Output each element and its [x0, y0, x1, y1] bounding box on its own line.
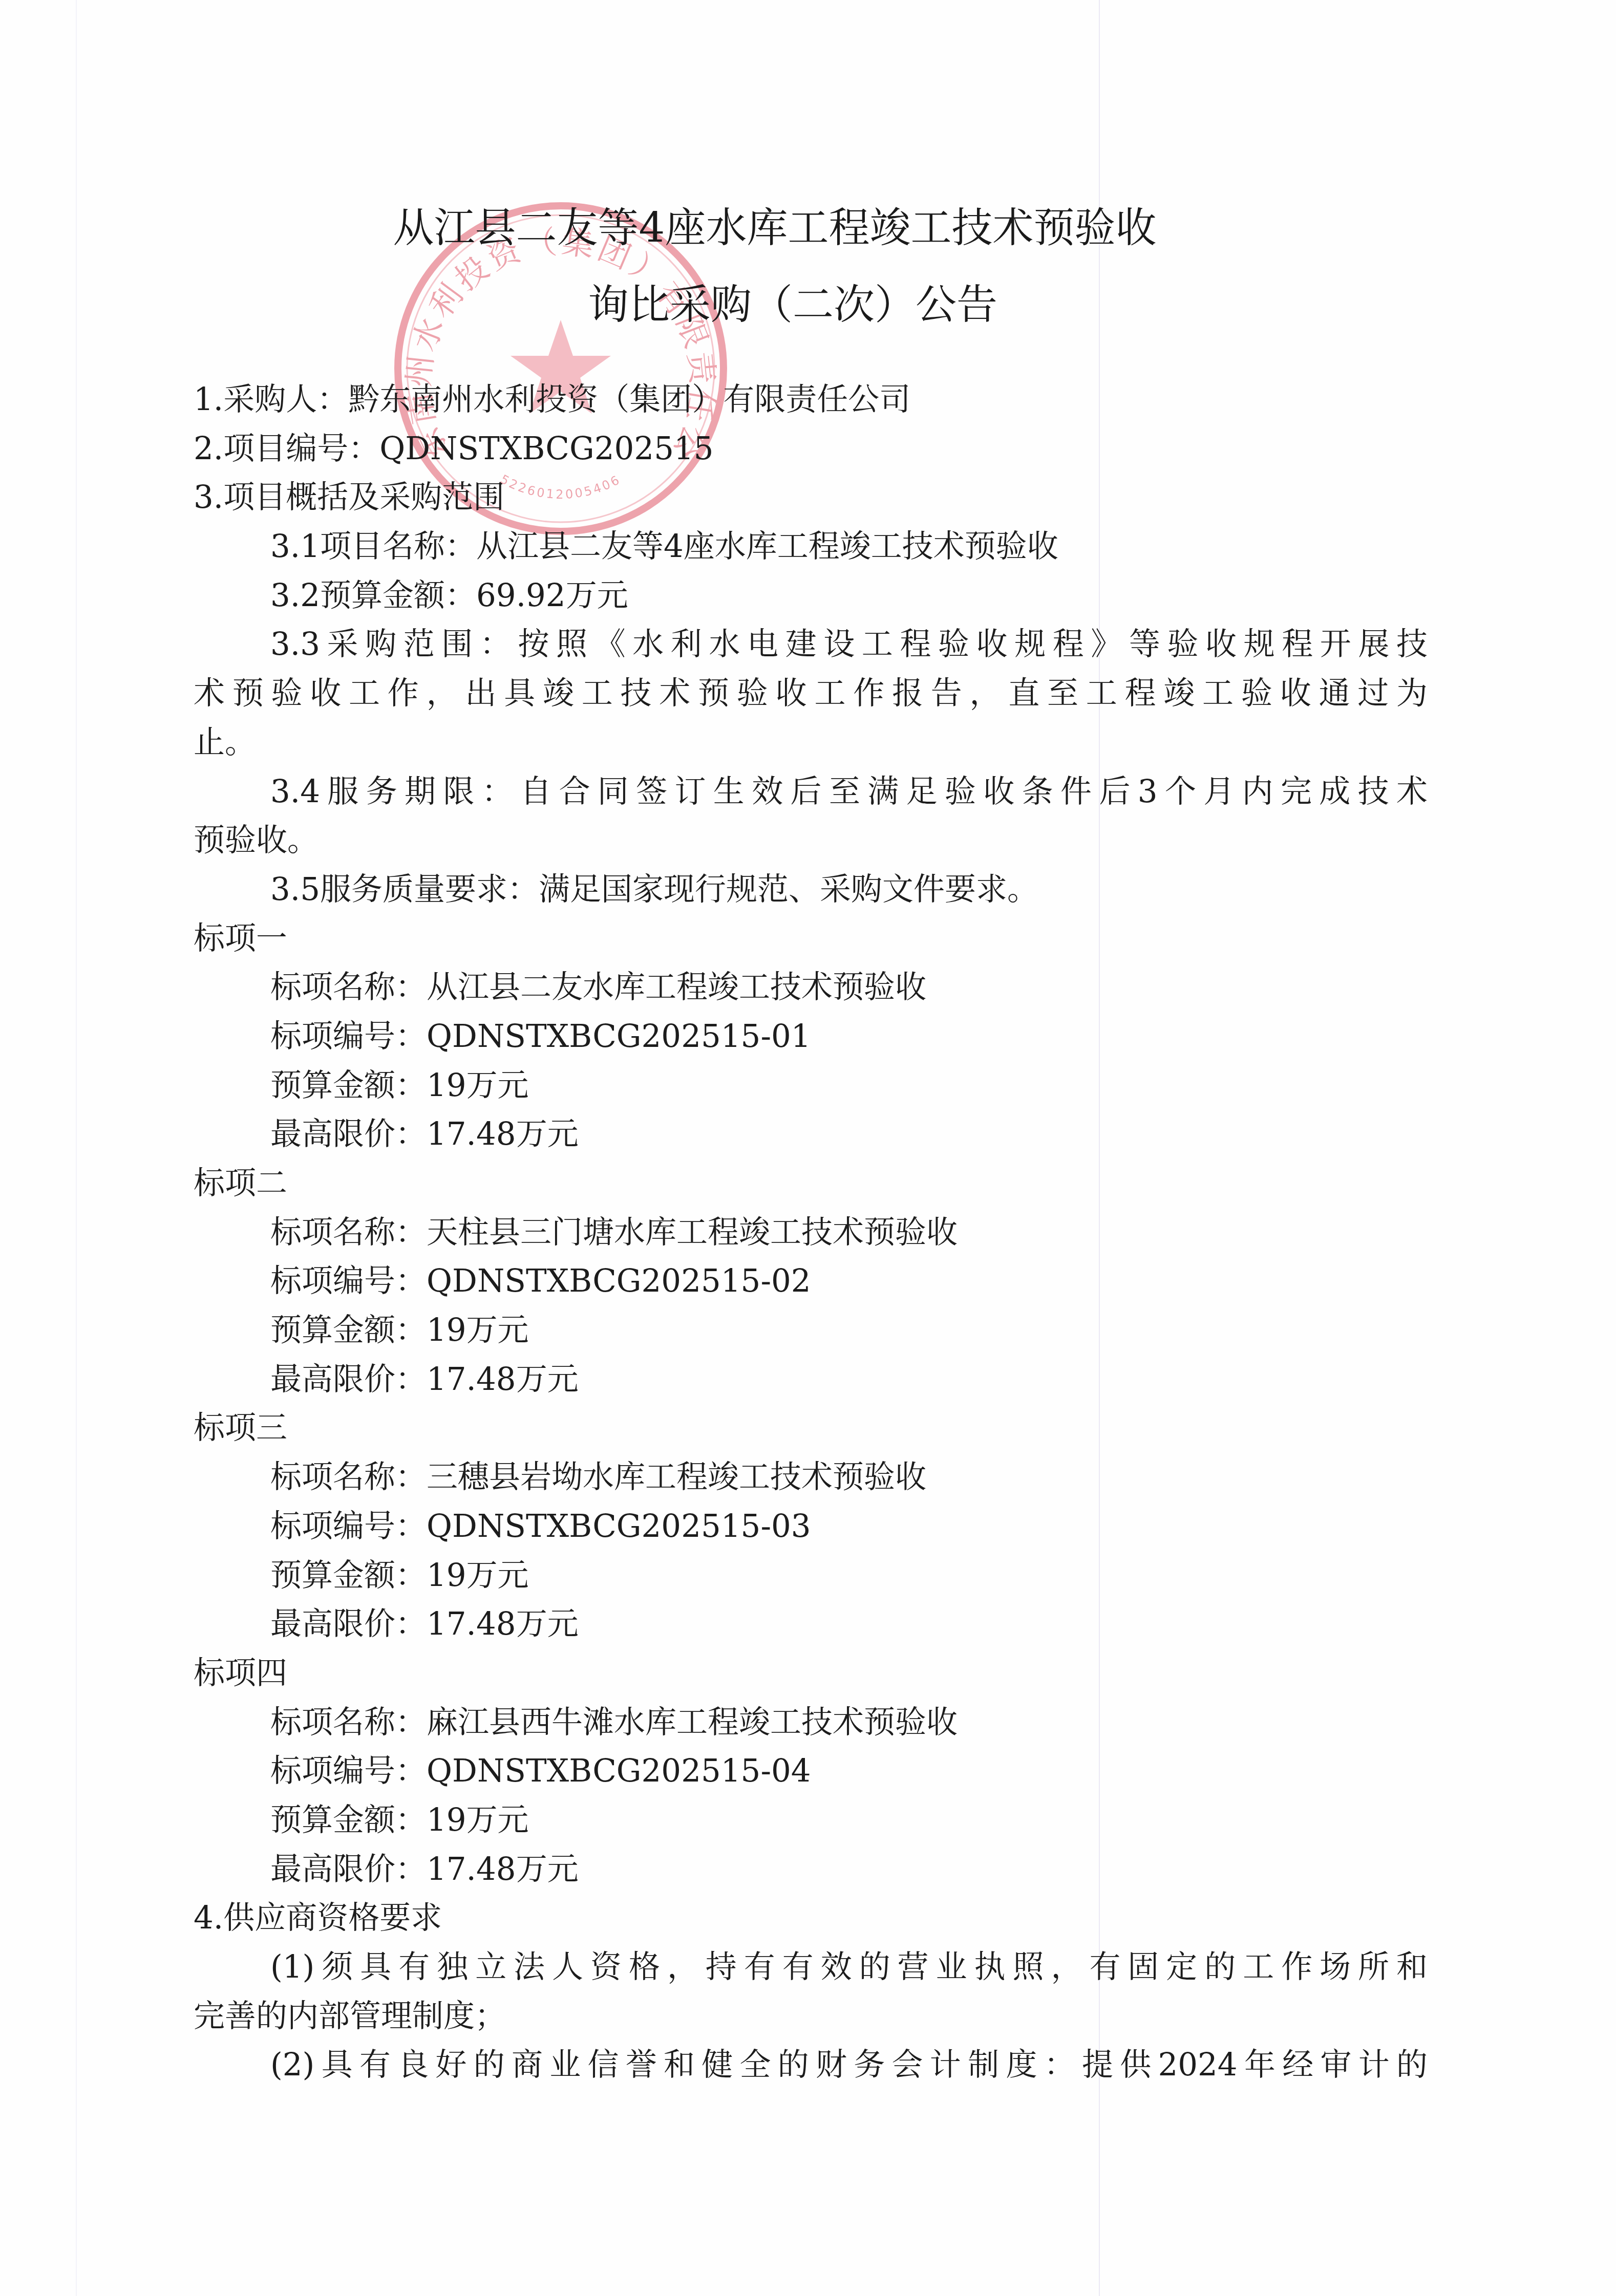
- section-heading-qualifications: 4.供应商资格要求: [194, 1894, 1428, 1943]
- lot-code-2: 标项编号：QDNSTXBCG202515-02: [194, 1257, 1428, 1306]
- section-budget: 3.2预算金额：69.92万元: [194, 571, 1428, 620]
- document-title-line2: 询比采购（二次）公告: [0, 279, 1601, 330]
- section-project-code: 2.项目编号：QDNSTXBCG202515: [194, 424, 1428, 474]
- lot-max-price-2: 最高限价：17.48万元: [194, 1355, 1428, 1404]
- section-project-name: 3.1项目名称：从江县二友等4座水库工程竣工技术预验收: [194, 522, 1428, 571]
- lot-budget-4: 预算金额：19万元: [194, 1796, 1428, 1845]
- section-quality: 3.5服务质量要求：满足国家现行规范、采购文件要求。: [194, 865, 1428, 914]
- lot-max-price-1: 最高限价：17.48万元: [194, 1110, 1428, 1159]
- lot-name-1: 标项名称：从江县二友水库工程竣工技术预验收: [194, 963, 1428, 1012]
- qualification-1-line2: 完善的内部管理制度；: [194, 1992, 1428, 2041]
- lot-name-3: 标项名称：三穗县岩坳水库工程竣工技术预验收: [194, 1453, 1428, 1502]
- document-title-line1: 从江县二友等4座水库工程竣工技术预验收: [0, 202, 1583, 253]
- lot-heading-4: 标项四: [194, 1649, 1428, 1698]
- lot-heading-2: 标项二: [194, 1159, 1428, 1208]
- lot-code-4: 标项编号：QDNSTXBCG202515-04: [194, 1747, 1428, 1796]
- lot-heading-3: 标项三: [194, 1404, 1428, 1453]
- lot-budget-3: 预算金额：19万元: [194, 1551, 1428, 1600]
- lot-budget-1: 预算金额：19万元: [194, 1061, 1428, 1110]
- lot-budget-2: 预算金额：19万元: [194, 1306, 1428, 1355]
- document-body: 1.采购人：黔东南州水利投资（集团）有限责任公司 2.项目编号：QDNSTXBC…: [194, 375, 1428, 2090]
- qualification-1-line1: (1)须具有独立法人资格，持有有效的营业执照，有固定的工作场所和: [194, 1943, 1428, 1992]
- lot-code-1: 标项编号：QDNSTXBCG202515-01: [194, 1012, 1428, 1061]
- section-scope-line1: 3.3采购范围：按照《水利水电建设工程验收规程》等验收规程开展技: [194, 620, 1428, 669]
- lot-max-price-4: 最高限价：17.48万元: [194, 1845, 1428, 1894]
- section-scope-line3: 止。: [194, 718, 1428, 767]
- qualification-2-line1: (2)具有良好的商业信誉和健全的财务会计制度：提供2024年经审计的: [194, 2041, 1428, 2090]
- section-period-line1: 3.4服务期限：自合同签订生效后至满足验收条件后3个月内完成技术: [194, 767, 1428, 817]
- section-period-line2: 预验收。: [194, 816, 1428, 865]
- section-heading-scope: 3.项目概括及采购范围: [194, 473, 1428, 522]
- scan-edge-line: [76, 0, 77, 2296]
- lot-name-4: 标项名称：麻江县西牛滩水库工程竣工技术预验收: [194, 1698, 1428, 1747]
- scanned-page: 黔东南州水利投资（集团）有限责任公司 5226012005406 从江县二友等4…: [0, 0, 1616, 2296]
- lot-name-2: 标项名称：天柱县三门塘水库工程竣工技术预验收: [194, 1208, 1428, 1257]
- lot-max-price-3: 最高限价：17.48万元: [194, 1600, 1428, 1649]
- section-scope-line2: 术预验收工作，出具竣工技术预验收工作报告，直至工程竣工验收通过为: [194, 669, 1428, 718]
- section-purchaser: 1.采购人：黔东南州水利投资（集团）有限责任公司: [194, 375, 1428, 424]
- lot-heading-1: 标项一: [194, 914, 1428, 963]
- lot-code-3: 标项编号：QDNSTXBCG202515-03: [194, 1502, 1428, 1551]
